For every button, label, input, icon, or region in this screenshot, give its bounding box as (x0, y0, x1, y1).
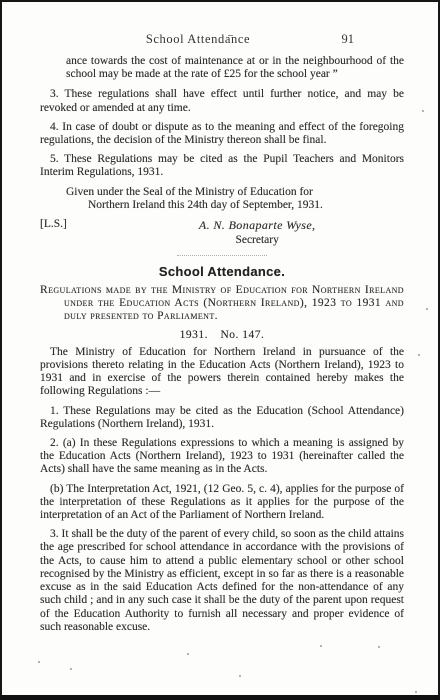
scan-speckle (38, 661, 40, 663)
instrument-number: 1931. No. 147. (40, 329, 404, 342)
section-divider (177, 255, 267, 256)
scan-speckle (239, 675, 241, 677)
regulation-2a-paragraph: 2. (a) In these Regulations expressions … (40, 437, 404, 477)
scan-speckle (378, 646, 380, 648)
scan-speckle (422, 110, 424, 112)
scan-speckle (70, 668, 72, 670)
page-number: 91 (342, 32, 355, 47)
clause-4-paragraph: 4. In case of doubt or dispute as to the… (40, 121, 404, 147)
running-header-title: School Attendance (146, 32, 250, 47)
signature-name: A. N. Bonaparte Wyse, (199, 218, 316, 233)
section-heading: School Attendance. (40, 264, 404, 279)
scan-artifact (228, 35, 233, 36)
clause-5-paragraph: 5. These Regulations may be cited as the… (40, 153, 404, 179)
seal-clause-line-1: Given under the Seal of the Ministry of … (66, 186, 404, 199)
regulation-3-paragraph: 3. It shall be the duty of the parent of… (40, 528, 404, 634)
regulation-1-paragraph: 1. These Regulations may be cited as the… (40, 405, 404, 431)
page-content: School Attendance 91 ance towards the co… (2, 2, 438, 634)
quote-continuation-paragraph: ance towards the cost of maintenance at … (66, 55, 404, 81)
seal-mark: [L.S.] (40, 218, 67, 230)
signatory: A. N. Bonaparte Wyse, Secretary (199, 218, 316, 246)
seal-clause-line-2: Northern Ireland this 24th day of Septem… (88, 199, 404, 212)
regulations-preamble: Regulations made by the Ministry of Educ… (40, 284, 404, 324)
signature-block: [L.S.] A. N. Bonaparte Wyse, Secretary (40, 218, 404, 246)
scan-speckle (415, 691, 417, 693)
scan-speckle (418, 354, 420, 356)
scan-speckle (426, 308, 428, 310)
regulation-2b-paragraph: (b) The Interpretation Act, 1921, (12 Ge… (40, 483, 404, 523)
scan-speckle (187, 653, 189, 655)
seal-clause: Given under the Seal of the Ministry of … (40, 186, 404, 212)
scan-speckle (320, 645, 322, 647)
page-header: School Attendance 91 (40, 32, 404, 47)
making-clause-paragraph: The Ministry of Education for Northern I… (40, 346, 404, 399)
clause-3-paragraph: 3. These regulations shall have effect u… (40, 88, 404, 114)
signature-title: Secretary (199, 234, 316, 246)
scanned-document-page: School Attendance 91 ance towards the co… (0, 0, 440, 700)
